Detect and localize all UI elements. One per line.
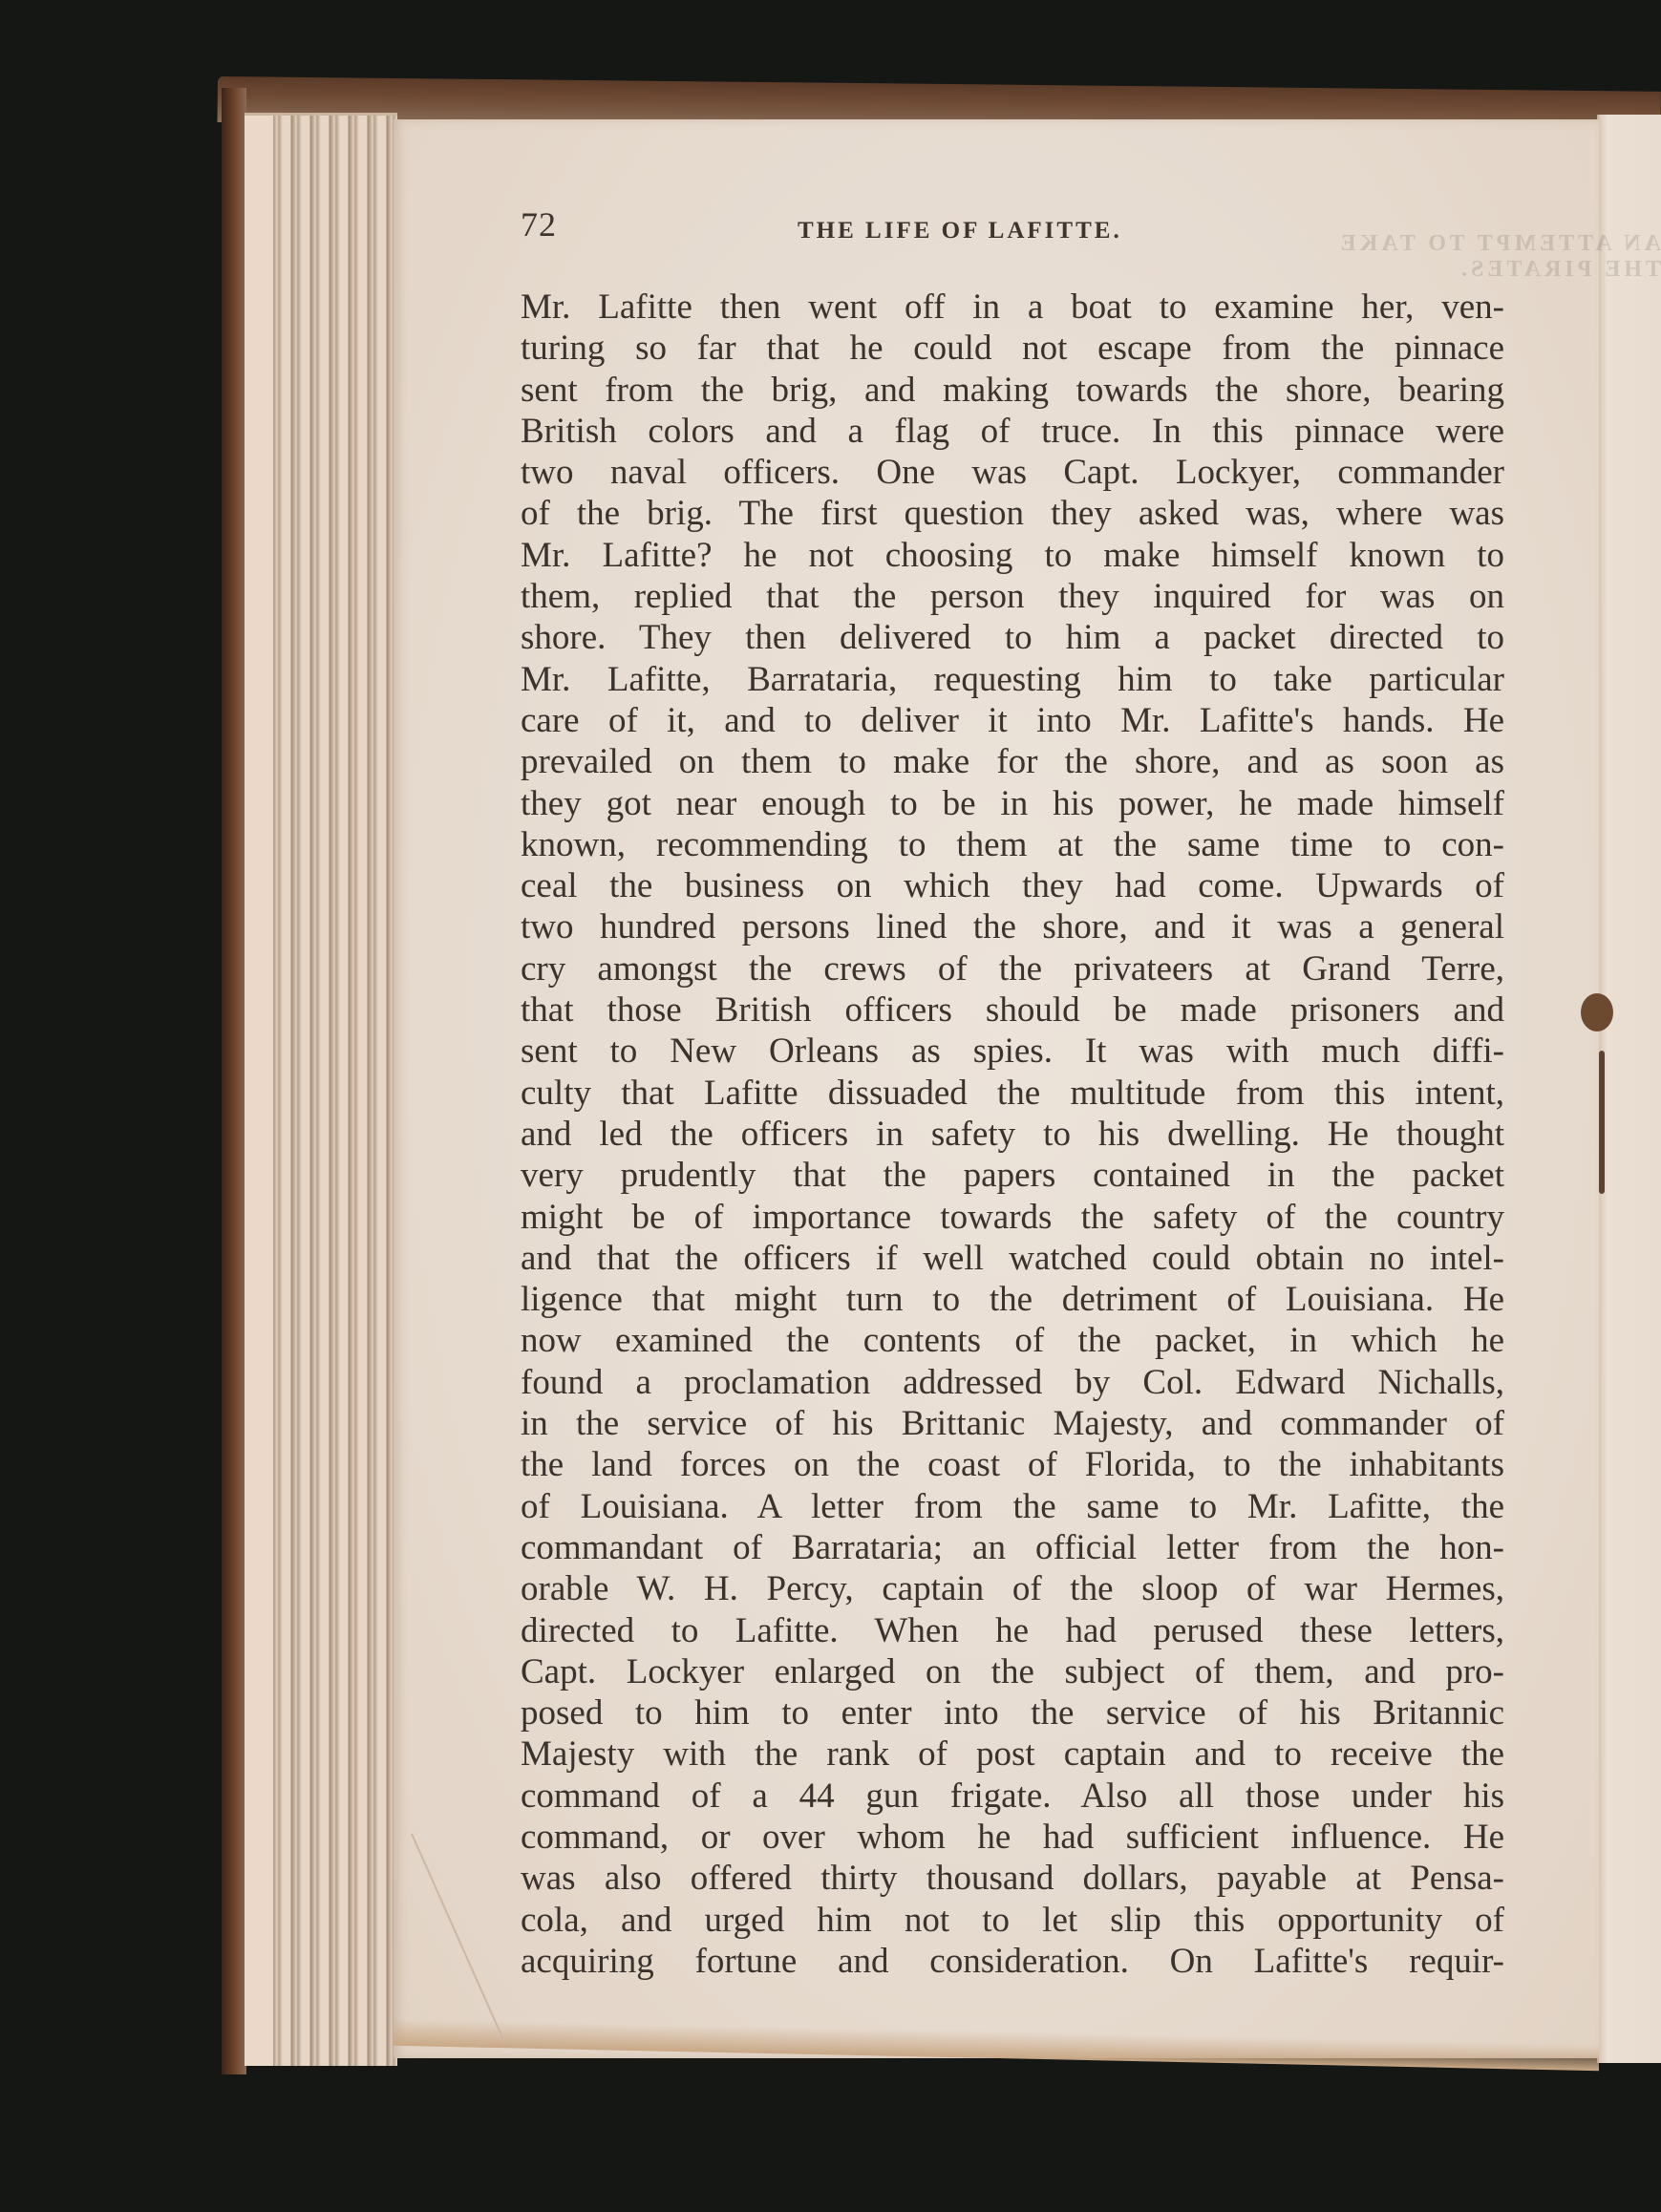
text-line: found a proclamation addressed by Col. E… xyxy=(521,1362,1504,1403)
text-line: of the brig. The first question they ask… xyxy=(521,493,1504,534)
text-line: ceal the business on which they had come… xyxy=(521,865,1504,906)
text-line: in the service of his Brittanic Majesty,… xyxy=(521,1403,1504,1444)
text-line: Mr. Lafitte, Barrataria, requesting him … xyxy=(521,659,1504,700)
text-line: command, or over whom he had sufficient … xyxy=(521,1817,1504,1858)
text-line: now examined the contents of the packet,… xyxy=(521,1320,1504,1361)
text-line: shore. They then delivered to him a pack… xyxy=(521,617,1504,658)
text-line: Majesty with the rank of post captain an… xyxy=(521,1733,1504,1775)
text-line: known, recommending to them at the same … xyxy=(521,824,1504,865)
text-line: acquiring fortune and consideration. On … xyxy=(521,1941,1504,1982)
text-line: was also offered thirty thousand dollars… xyxy=(521,1858,1504,1899)
text-line: ligence that might turn to the detriment… xyxy=(521,1279,1504,1320)
text-line: Mr. Lafitte then went off in a boat to e… xyxy=(521,287,1504,328)
bleed-through-text: AN ATTEMPT TO TAKE THE PIRATES. xyxy=(1270,231,1661,283)
text-line: command of a 44 gun frigate. Also all th… xyxy=(521,1776,1504,1817)
text-line: might be of importance towards the safet… xyxy=(521,1197,1504,1238)
text-line: Capt. Lockyer enlarged on the subject of… xyxy=(521,1651,1504,1692)
text-line: sent from the brig, and making towards t… xyxy=(521,370,1504,411)
text-line: of Louisiana. A letter from the same to … xyxy=(521,1486,1504,1527)
page-tear-crack xyxy=(1599,1051,1605,1194)
text-line: two hundred persons lined the shore, and… xyxy=(521,906,1504,947)
facing-page-edge xyxy=(1597,115,1661,2063)
running-head: THE LIFE OF LAFITTE. xyxy=(798,218,1122,245)
body-text: Mr. Lafitte then went off in a boat to e… xyxy=(521,287,1504,1982)
page-stack-edges xyxy=(245,113,397,2066)
text-line: orable W. H. Percy, captain of the sloop… xyxy=(521,1568,1504,1609)
text-line: them, replied that the person they inqui… xyxy=(521,576,1504,617)
text-line: cola, and urged him not to let slip this… xyxy=(521,1900,1504,1941)
text-line: they got near enough to be in his power,… xyxy=(521,783,1504,824)
text-line: very prudently that the papers contained… xyxy=(521,1155,1504,1196)
text-line: sent to New Orleans as spies. It was wit… xyxy=(521,1031,1504,1072)
text-line: and led the officers in safety to his dw… xyxy=(521,1114,1504,1155)
text-line: directed to Lafitte. When he had perused… xyxy=(521,1610,1504,1651)
text-line: turing so far that he could not escape f… xyxy=(521,328,1504,369)
text-line: prevailed on them to make for the shore,… xyxy=(521,741,1504,782)
text-line: that those British officers should be ma… xyxy=(521,989,1504,1031)
text-line: British colors and a flag of truce. In t… xyxy=(521,411,1504,452)
text-line: commandant of Barrataria; an official le… xyxy=(521,1527,1504,1568)
text-line: cry amongst the crews of the privateers … xyxy=(521,948,1504,989)
page-tear-hole xyxy=(1581,993,1613,1032)
page-number: 72 xyxy=(521,204,557,245)
text-line: Mr. Lafitte? he not choosing to make him… xyxy=(521,535,1504,576)
text-line: two naval officers. One was Capt. Lockye… xyxy=(521,452,1504,493)
text-line: culty that Lafitte dissuaded the multitu… xyxy=(521,1073,1504,1114)
text-line: posed to him to enter into the service o… xyxy=(521,1692,1504,1733)
text-line: the land forces on the coast of Florida,… xyxy=(521,1444,1504,1485)
text-line: and that the officers if well watched co… xyxy=(521,1238,1504,1279)
text-line: care of it, and to deliver it into Mr. L… xyxy=(521,700,1504,741)
book-cover-left-edge xyxy=(222,88,246,2074)
